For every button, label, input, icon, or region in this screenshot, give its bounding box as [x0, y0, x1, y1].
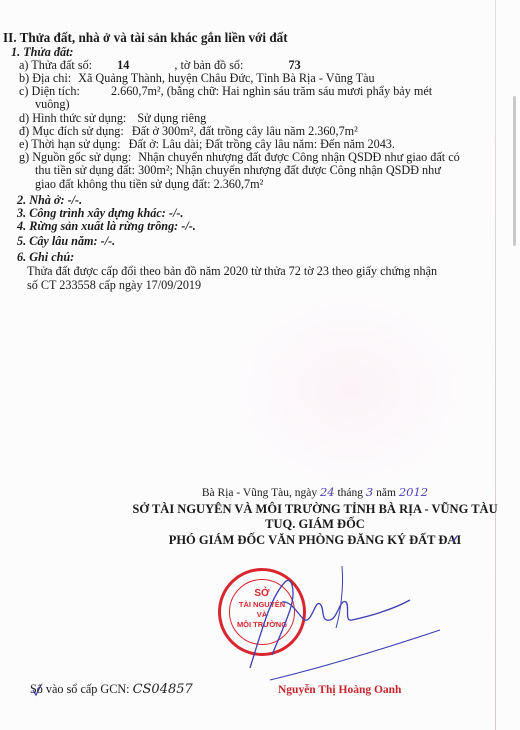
registry-label: Số vào sổ cấp GCN:: [30, 682, 130, 696]
registry-number-row: Số vào sổ cấp GCN: CS04857: [30, 682, 193, 697]
address-label: b) Địa chỉ:: [19, 71, 71, 85]
parcel-number: 14: [117, 58, 129, 72]
area-row: c) Diện tích: 2.660,7m², (bằng chữ: Hai …: [19, 84, 432, 98]
address-value: Xã Quảng Thành, huyện Châu Đức, Tỉnh Bà …: [78, 71, 374, 85]
notes-heading: 6. Ghi chú:: [17, 250, 74, 264]
origin-row: g) Nguồn gốc sử dụng: Nhận chuyển nhượng…: [19, 150, 460, 164]
official-seal: SỞ TÀI NGUYÊN VÀ MÔI TRƯỜNG: [218, 568, 306, 656]
fold-line: [495, 0, 496, 730]
origin-value-cont-1: thu tiền sử dụng đất: 300m²; Nhận chuyển…: [35, 163, 441, 177]
origin-label: g) Nguồn gốc sử dụng:: [19, 150, 131, 164]
background-watermark: [230, 290, 470, 490]
registry-value: CS04857: [133, 682, 193, 697]
origin-value-cont-2: giao đất không thu tiền sử dụng đất: 2.3…: [35, 177, 263, 191]
purpose-value: Đất ở 300m², đất trồng cây lâu năm 2.360…: [132, 124, 358, 138]
map-sheet-number: 73: [288, 58, 300, 72]
term-row: e) Thời hạn sử dụng: Đất ở: Lâu dài; Đất…: [19, 137, 395, 151]
issuing-org: SỞ TÀI NGUYÊN VÀ MÔI TRƯỜNG TỈNH BÀ RỊA …: [110, 502, 520, 516]
area-value: 2.660,7m², (bằng chữ: Hai nghìn sáu trăm…: [111, 84, 432, 98]
term-value: Đất ở: Lâu dài; Đất trồng cây lâu năm: Đ…: [129, 137, 395, 151]
use-form-row: d) Hình thức sử dụng: Sử dụng riêng: [19, 111, 206, 125]
notes-line-1: Thửa đất được cấp đổi theo bản đồ năm 20…: [27, 264, 437, 278]
area-label: c) Diện tích:: [19, 84, 80, 98]
notes-line-2: số CT 233558 cấp ngày 17/09/2019: [27, 278, 201, 292]
address-row: b) Địa chỉ: Xã Quảng Thành, huyện Châu Đ…: [19, 71, 375, 85]
area-value-cont: vuông): [35, 97, 70, 111]
item-production-forest: 4. Rừng sản xuất là rừng trồng: -/-.: [17, 219, 196, 233]
purpose-label: đ) Mục đích sử dụng:: [19, 124, 124, 138]
use-form-label: d) Hình thức sử dụng:: [19, 111, 126, 125]
signer-role-1: TUQ. GIÁM ĐỐC: [110, 517, 520, 531]
item-perennial-trees: 5. Cây lâu năm: -/-.: [17, 234, 115, 248]
use-form-value: Sử dụng riêng: [137, 111, 206, 125]
parcel-label: a) Thửa đất số:: [19, 58, 92, 72]
signature-block: Bà Rịa - Vũng Tàu, ngày 24 tháng 3 năm 2…: [110, 485, 520, 547]
parcel-row: a) Thửa đất số: 14 , tờ bản đồ số: 73: [19, 58, 301, 72]
section-title: II. Thửa đất, nhà ở và tài sản khác gắn …: [3, 31, 288, 45]
item-house: 2. Nhà ở: -/-.: [17, 193, 82, 207]
map-sheet-label: , tờ bản đồ số:: [174, 58, 243, 72]
vertical-scrollbar[interactable]: [513, 96, 516, 246]
date-day: 24: [320, 485, 335, 499]
certificate-page: II. Thửa đất, nhà ở và tài sản khác gắn …: [0, 0, 520, 730]
signer-role-2: PHÓ GIÁM ĐỐC VĂN PHÒNG ĐĂNG KÝ ĐẤT ĐAI: [110, 533, 520, 547]
date-month: 3: [366, 485, 373, 499]
origin-value: Nhận chuyển nhượng đất được Công nhận QS…: [138, 150, 459, 164]
place-date: Bà Rịa - Vũng Tàu, ngày 24 tháng 3 năm 2…: [110, 485, 520, 500]
item-other-construction: 3. Công trình xây dựng khác: -/-.: [17, 206, 183, 220]
land-heading: 1. Thửa đất:: [11, 45, 74, 59]
signer-name: Nguyễn Thị Hoàng Oanh: [278, 684, 401, 696]
term-label: e) Thời hạn sử dụng:: [19, 137, 121, 151]
purpose-row: đ) Mục đích sử dụng: Đất ở 300m², đất tr…: [19, 124, 358, 138]
date-year: 2012: [399, 485, 428, 499]
